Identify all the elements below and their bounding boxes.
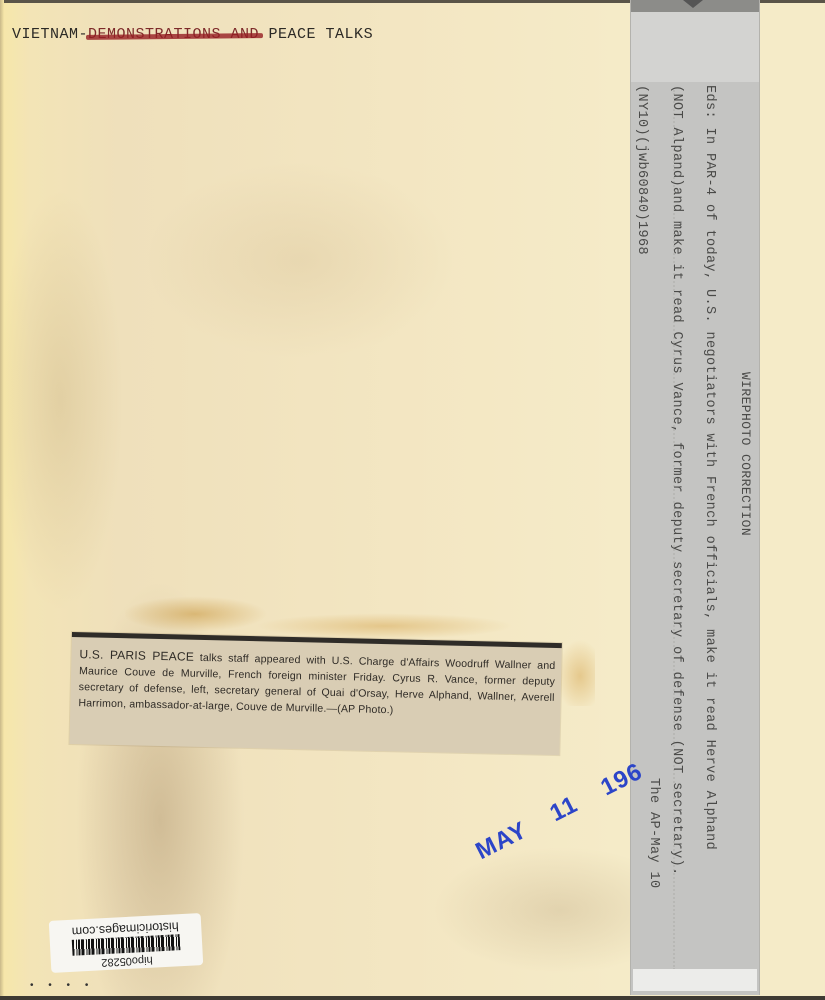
typed-headline: VIETNAM-DEMONSTRATIONS AND PEACE TALKS (12, 26, 373, 43)
wirephoto-line-1: Eds: In PAR-4 of today, U.S. negotiators… (702, 85, 717, 850)
caption-lead: U.S. PARIS PEACE (79, 647, 194, 664)
strip-header-area (631, 12, 759, 82)
left-edge (0, 0, 4, 1000)
strip-bottom-tab (633, 969, 757, 991)
wirephoto-line-3: (NY10)(jwb60840)1968 (634, 85, 649, 255)
wirephoto-title: WIREPHOTO CORRECTION (738, 372, 753, 536)
struck-out-text: DEMONSTRATIONS AND (88, 26, 259, 43)
headline-suffix: PEACE TALKS (259, 26, 373, 43)
headline-prefix: VIETNAM- (12, 26, 88, 43)
strip-notch-icon (683, 0, 703, 8)
wirephoto-signoff: The AP-May 10 (646, 778, 661, 889)
barcode-label: hipo05282 historicimages.com (49, 913, 204, 973)
pin-holes: • • • • (30, 980, 94, 991)
newspaper-clipping: U.S. PARIS PEACE talks staff appeared wi… (69, 632, 561, 755)
wirephoto-line-2: (NOT Alpand)and make it read Cyrus Vance… (669, 85, 684, 876)
bottom-edge (0, 996, 825, 1000)
clipping-caption: U.S. PARIS PEACE talks staff appeared wi… (78, 646, 555, 722)
